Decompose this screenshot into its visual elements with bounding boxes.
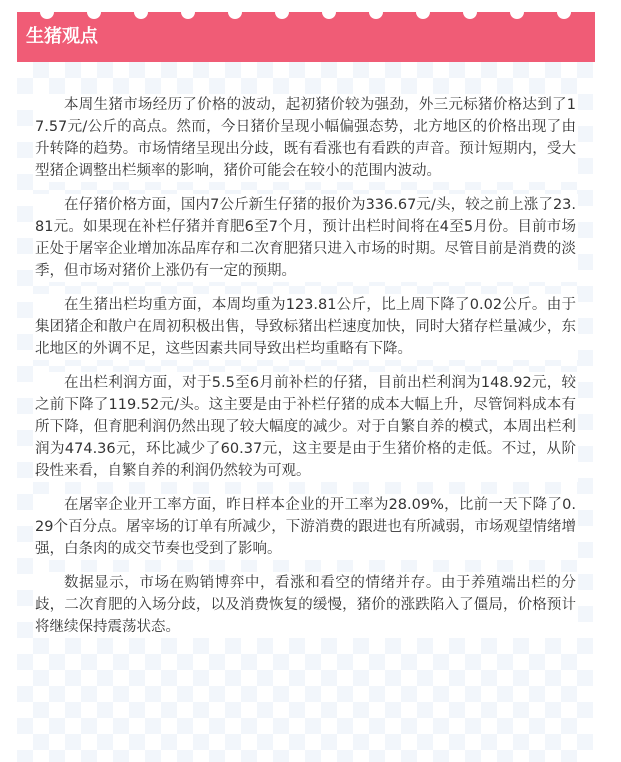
article-body: 本周生猪市场经历了价格的波动，起初猪价较为强劲，外三元标猪价格达到了17.57元… bbox=[17, 62, 593, 757]
section-title: 生猪观点 bbox=[26, 26, 98, 48]
paragraph-piglet-price: 在仔猪价格方面，国内7公斤新生仔猪的报价为336.67元/头，较之前上涨了23.… bbox=[33, 194, 578, 282]
notch-decoration bbox=[557, 5, 571, 19]
pig-viewpoint-card: 生猪观点 本周生猪市场经历了价格的波动，起初猪价较为强劲，外三元标猪价格达到了1… bbox=[17, 12, 595, 757]
notch-decoration bbox=[463, 5, 477, 19]
notch-decoration bbox=[416, 5, 430, 19]
notch-decoration bbox=[369, 5, 383, 19]
section-header: 生猪观点 bbox=[17, 12, 595, 62]
notch-decoration bbox=[322, 5, 336, 19]
paragraph-slaughter-profit: 在出栏利润方面，对于5.5至6月前补栏的仔猪，目前出栏利润为148.92元，较之… bbox=[33, 372, 578, 482]
notch-decoration bbox=[134, 5, 148, 19]
notch-decoration bbox=[510, 5, 524, 19]
paragraph-conclusion: 数据显示，市场在购销博弈中，看涨和看空的情绪并存。由于养殖端出栏的分歧，二次育肥… bbox=[33, 572, 578, 638]
paragraph-operating-rate: 在屠宰企业开工率方面，昨日样本企业的开工率为28.09%，比前一天下降了0.29… bbox=[33, 494, 578, 560]
notch-decoration bbox=[40, 5, 54, 19]
paragraph-market-overview: 本周生猪市场经历了价格的波动，起初猪价较为强劲，外三元标猪价格达到了17.57元… bbox=[33, 94, 578, 182]
paragraph-average-weight: 在生猪出栏均重方面，本周均重为123.81公斤，比上周下降了0.02公斤。由于集… bbox=[33, 294, 578, 360]
notch-decoration bbox=[87, 5, 101, 19]
notch-decoration bbox=[181, 5, 195, 19]
notch-decoration bbox=[275, 5, 289, 19]
notch-decoration bbox=[228, 5, 242, 19]
